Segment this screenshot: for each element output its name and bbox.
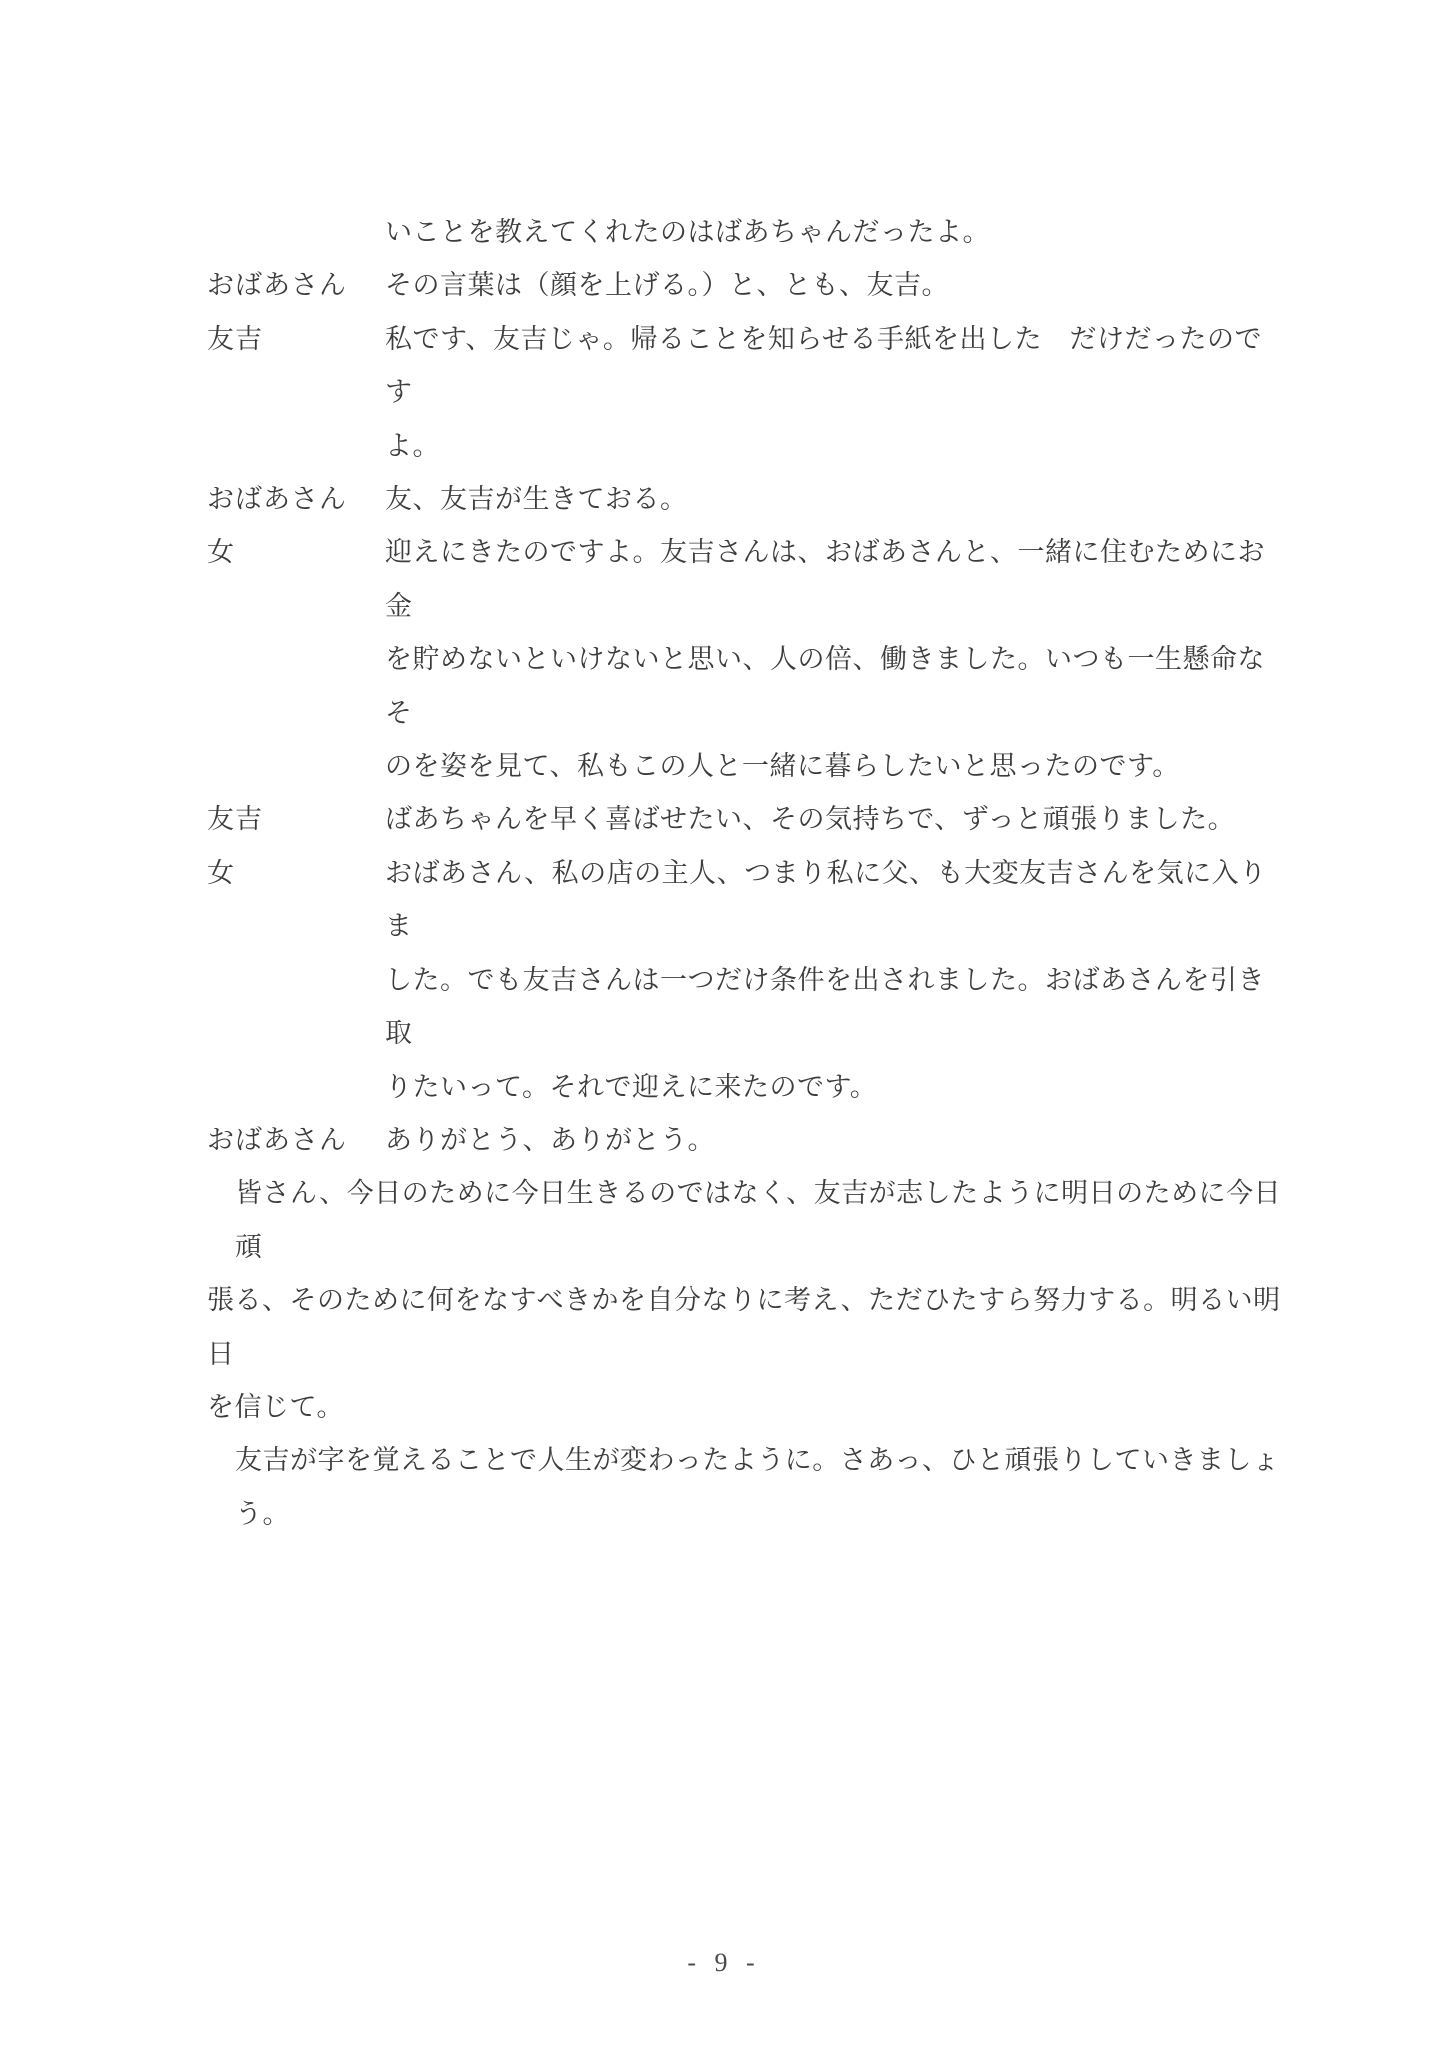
dialogue-text: した。でも友吉さんは一つだけ条件を出されました。おばあさんを引き取 [385, 954, 1287, 1061]
dialogue-text: その言葉は（顔を上げる。）と、とも、友吉。 [385, 259, 1287, 312]
speaker-label: 女 [207, 526, 385, 579]
dialogue-line: 女 おばあさん、私の店の主人、つまり私に父、も大変友吉さんを気に入りま [207, 847, 1287, 954]
dialogue-text: のを姿を見て、私もこの人と一緒に暮らしたいと思ったのです。 [385, 740, 1287, 793]
dialogue-text: いことを教えてくれたのはばあちゃんだったよ。 [385, 206, 1287, 259]
speaker-label: おばあさん [207, 1114, 385, 1167]
dialogue-line: りたいって。それで迎えに来たのです。 [207, 1061, 1287, 1114]
dialogue-line: 友吉 ばあちゃんを早く喜ばせたい、その気持ちで、ずっと頑張りました。 [207, 793, 1287, 846]
page-number: - 9 - [0, 1948, 1448, 1978]
speaker-label: 友吉 [207, 313, 385, 366]
speaker-label: 友吉 [207, 793, 385, 846]
dialogue-text: 迎えにきたのですよ。友吉さんは、おばあさんと、一緒に住むためにお金 [385, 526, 1287, 633]
narration-line: 友吉が字を覚えることで人生が変わったように。さあっ、ひと頑張りしていきましょう。 [207, 1434, 1287, 1541]
dialogue-line: を貯めないといけないと思い、人の倍、働きました。いつも一生懸命なそ [207, 633, 1287, 740]
script-body: いことを教えてくれたのはばあちゃんだったよ。 おばあさん その言葉は（顔を上げる… [207, 206, 1287, 1541]
dialogue-text: ありがとう、ありがとう。 [385, 1114, 1287, 1167]
dialogue-line: のを姿を見て、私もこの人と一緒に暮らしたいと思ったのです。 [207, 740, 1287, 793]
dialogue-text: おばあさん、私の店の主人、つまり私に父、も大変友吉さんを気に入りま [385, 847, 1287, 954]
dialogue-text: よ。 [385, 420, 1287, 473]
dialogue-text: りたいって。それで迎えに来たのです。 [385, 1061, 1287, 1114]
speaker-label: おばあさん [207, 473, 385, 526]
dialogue-line: おばあさん ありがとう、ありがとう。 [207, 1114, 1287, 1167]
dialogue-line: おばあさん 友、友吉が生きておる。 [207, 473, 1287, 526]
dialogue-line: よ。 [207, 420, 1287, 473]
narration-line: 張る、そのために何をなすべきかを自分なりに考え、ただひたすら努力する。明るい明日 [207, 1274, 1287, 1381]
dialogue-line: いことを教えてくれたのはばあちゃんだったよ。 [207, 206, 1287, 259]
dialogue-text: 友、友吉が生きておる。 [385, 473, 1287, 526]
dialogue-line: した。でも友吉さんは一つだけ条件を出されました。おばあさんを引き取 [207, 954, 1287, 1061]
narration-line: を信じて。 [207, 1381, 1287, 1434]
narration-line: 皆さん、今日のために今日生きるのではなく、友吉が志したように明日のために今日頑 [207, 1167, 1287, 1274]
dialogue-text: を貯めないといけないと思い、人の倍、働きました。いつも一生懸命なそ [385, 633, 1287, 740]
dialogue-text: ばあちゃんを早く喜ばせたい、その気持ちで、ずっと頑張りました。 [385, 793, 1287, 846]
speaker-label: 女 [207, 847, 385, 900]
dialogue-text: 私です、友吉じゃ。帰ることを知らせる手紙を出した だけだったのです [385, 313, 1287, 420]
document-page: いことを教えてくれたのはばあちゃんだったよ。 おばあさん その言葉は（顔を上げる… [0, 0, 1448, 2048]
dialogue-line: 友吉 私です、友吉じゃ。帰ることを知らせる手紙を出した だけだったのです [207, 313, 1287, 420]
dialogue-line: おばあさん その言葉は（顔を上げる。）と、とも、友吉。 [207, 259, 1287, 312]
dialogue-line: 女 迎えにきたのですよ。友吉さんは、おばあさんと、一緒に住むためにお金 [207, 526, 1287, 633]
speaker-label: おばあさん [207, 259, 385, 312]
